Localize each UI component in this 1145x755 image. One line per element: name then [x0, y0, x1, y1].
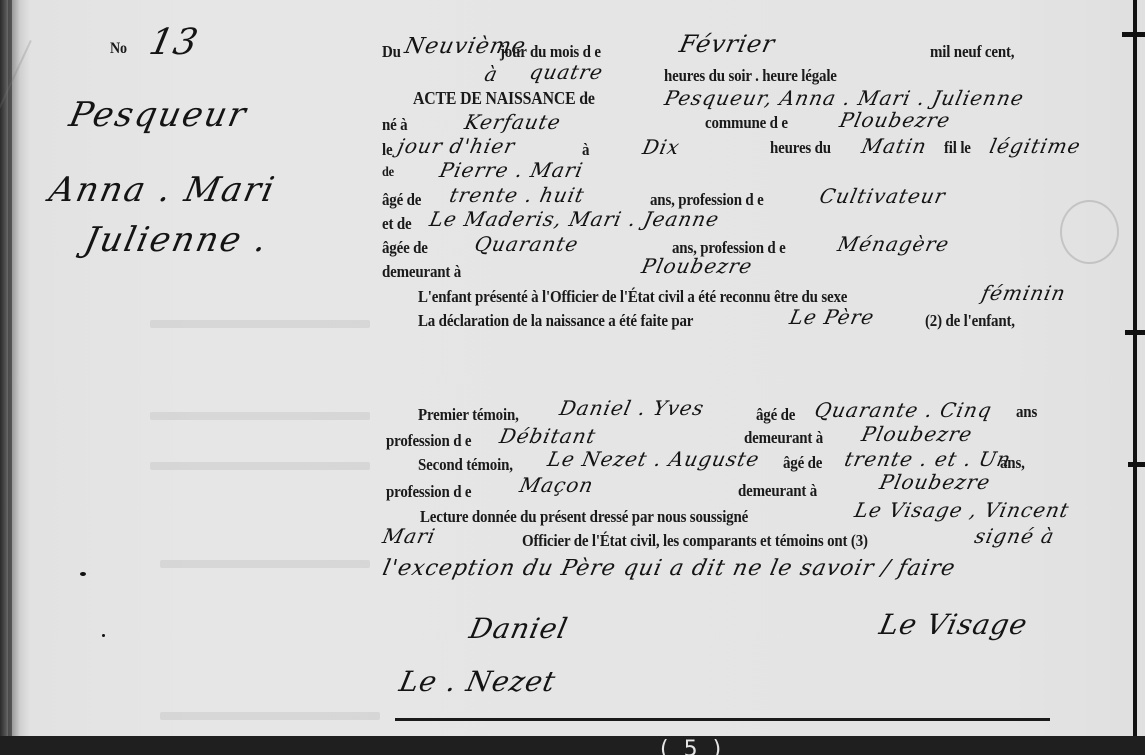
- page-edge-rule: [1133, 0, 1137, 736]
- text-et-de: et de: [382, 214, 411, 234]
- text-jour-du-mois: jour du mois d e: [500, 42, 601, 62]
- mother-age-hand: Quarante: [472, 232, 581, 256]
- when-hand: jour d'hier: [395, 134, 517, 158]
- child-name-hand: Pesqueur, Anna . Mari . Julienne: [662, 86, 1026, 110]
- ink-spot: [80, 572, 86, 576]
- witness2-age-hand: trente . et . Un: [842, 447, 1013, 471]
- text-declaration: La déclaration de la naissance a été fai…: [418, 311, 693, 331]
- text-age-de: âgé de: [382, 190, 421, 210]
- text-age-de-w2: âgé de: [783, 453, 822, 473]
- exception-note-hand: l'exception du Père qui a dit ne le savo…: [380, 556, 958, 581]
- father-hand: Pierre . Mari: [437, 158, 585, 182]
- text-second-temoin: Second témoin,: [418, 455, 513, 475]
- text-enfant-presente: L'enfant présenté à l'Officier de l'État…: [418, 287, 847, 307]
- mother-profession-hand: Ménagère: [835, 232, 951, 256]
- hour-hand: quatre: [527, 60, 605, 84]
- officer-name-hand: Le Visage , Vincent: [852, 498, 1071, 522]
- faded-stamp: [1060, 200, 1119, 264]
- bleed-through: [160, 560, 370, 568]
- text-age-de-w1: âgé de: [756, 405, 795, 425]
- hour-prefix: à: [482, 62, 500, 86]
- text-year: mil neuf cent,: [930, 42, 1014, 62]
- rule-tick: [1125, 330, 1145, 335]
- text-profession-w2: profession d e: [386, 482, 471, 502]
- bleed-through: [160, 712, 380, 720]
- witness2-profession-hand: Maçon: [517, 473, 596, 497]
- margin-surname: Pesqueur: [66, 95, 251, 135]
- text-de-lenfant: (2) de l'enfant,: [925, 311, 1015, 331]
- text-de: de: [382, 165, 394, 181]
- declarant-hand: Le Père: [787, 305, 876, 329]
- text-fil-le: fil le: [944, 138, 971, 158]
- text-demeurant-w2: demeurant à: [738, 481, 817, 501]
- officer-name-cont-hand: Mari: [380, 524, 437, 548]
- period-hand: Matin: [859, 134, 929, 158]
- text-officier-etat-civil: Officier de l'État civil, les comparants…: [522, 531, 868, 551]
- text-le: le: [382, 140, 392, 160]
- text-premier-temoin: Premier témoin,: [418, 405, 519, 425]
- witness1-profession-hand: Débitant: [497, 424, 598, 448]
- text-agee-de: âgée de: [382, 238, 428, 258]
- father-profession-hand: Cultivateur: [817, 184, 948, 208]
- bleed-through: [150, 462, 370, 470]
- text-heures-du: heures du: [770, 138, 831, 158]
- text-lecture-donnee: Lecture donnée du présent dressé par nou…: [420, 507, 748, 527]
- act-number: 13: [146, 22, 203, 63]
- witness1-name-hand: Daniel . Yves: [557, 396, 706, 420]
- bleed-through: [150, 320, 370, 328]
- text-heures: heures du soir . heure légale: [664, 66, 837, 86]
- text-demeurant-w1: demeurant à: [744, 428, 823, 448]
- text-ans: ans: [1016, 402, 1037, 422]
- signature-daniel: Daniel: [466, 612, 571, 645]
- signed-hand: signé à: [972, 524, 1057, 548]
- text-du: Du: [382, 42, 401, 62]
- text-a: à: [582, 140, 589, 160]
- residence-hand: Ploubezre: [639, 254, 754, 278]
- ink-spot: [102, 634, 105, 637]
- witness2-place-hand: Ploubezre: [877, 470, 992, 494]
- legitimate-hand: légitime: [987, 134, 1083, 158]
- commune-hand: Ploubezre: [837, 108, 952, 132]
- rule-tick: [1128, 462, 1145, 467]
- signature-le-nezet: Le . Nezet: [396, 665, 559, 698]
- text-profession-w1: profession d e: [386, 431, 471, 451]
- document-scan: No 13 Pesqueur Anna . Mari Julienne . Du…: [0, 0, 1145, 736]
- signature-le-visage: Le Visage: [876, 608, 1030, 641]
- sex-hand: féminin: [979, 281, 1068, 305]
- title-acte-de-naissance: ACTE DE NAISSANCE de: [413, 88, 595, 109]
- text-ans-2: ans,: [1000, 453, 1025, 473]
- father-age-hand: trente . huit: [447, 183, 587, 207]
- text-commune: commune d e: [705, 113, 788, 133]
- number-label: No: [110, 40, 127, 58]
- bleed-through: [150, 412, 370, 420]
- witness1-place-hand: Ploubezre: [859, 422, 974, 446]
- binding-fold: [8, 0, 12, 736]
- text-ne-a: né à: [382, 115, 407, 135]
- witness1-age-hand: Quarante . Cinq: [812, 398, 994, 422]
- birthplace-hand: Kerfaute: [462, 110, 563, 134]
- page-marker: ( 5 ): [660, 739, 725, 755]
- mother-hand: Le Maderis, Mari . Jeanne: [427, 207, 721, 231]
- birth-hour-hand: Dix: [640, 135, 682, 159]
- month-hand: Février: [677, 30, 778, 58]
- text-demeurant: demeurant à: [382, 262, 461, 282]
- margin-given-1: Anna . Mari: [46, 170, 280, 210]
- paper-crease: [0, 40, 32, 267]
- closing-rule: [395, 718, 1050, 721]
- margin-given-2: Julienne .: [81, 220, 272, 260]
- viewer-bottom-bar: [0, 736, 1145, 755]
- witness2-name-hand: Le Nezet . Auguste: [545, 447, 762, 471]
- rule-tick: [1122, 32, 1145, 37]
